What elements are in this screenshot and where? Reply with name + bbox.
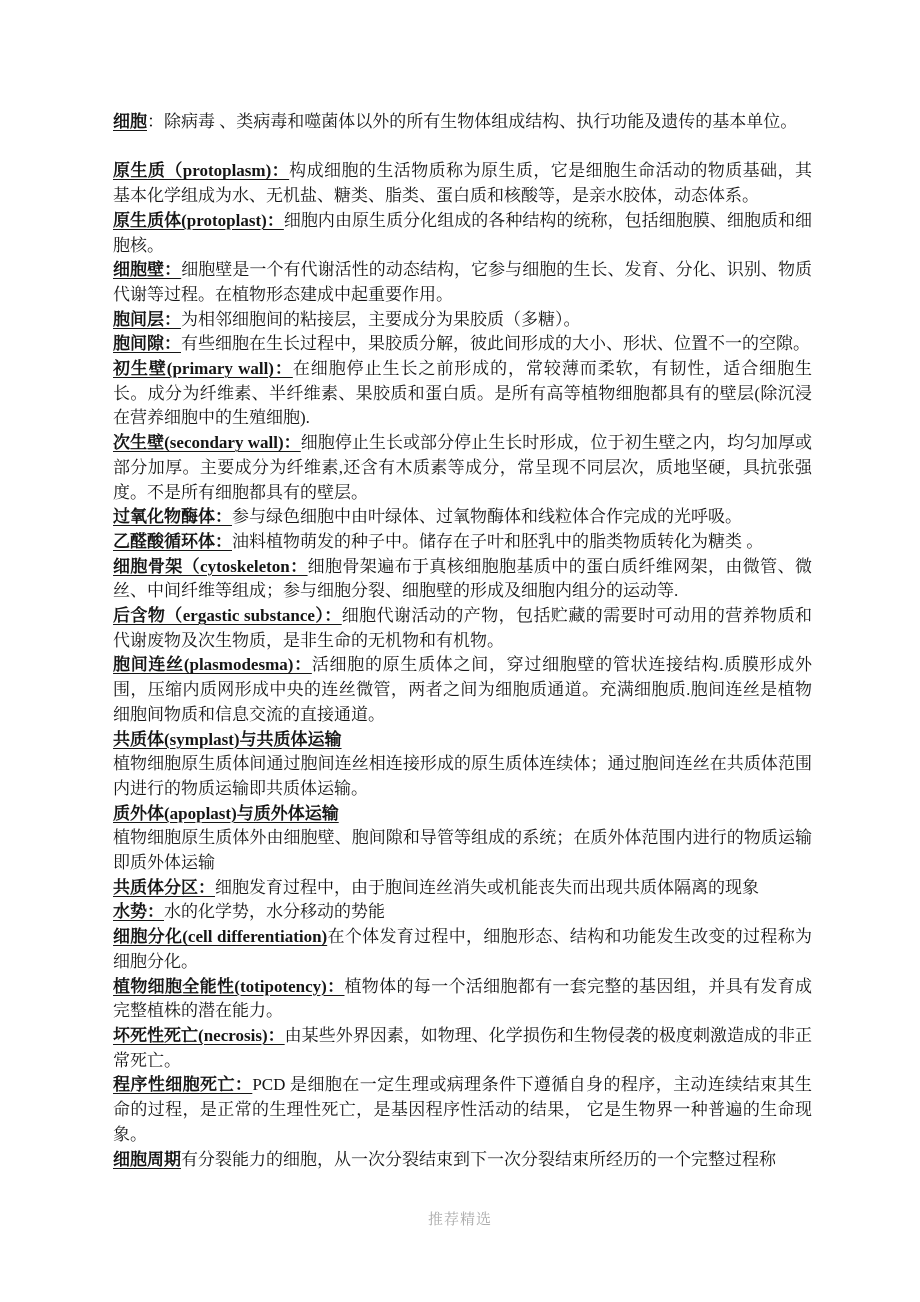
definition-paragraph: 细胞壁：细胞壁是一个有代谢活性的动态结构，它参与细胞的生长、发育、分化、识别、物… <box>113 258 812 307</box>
term-label: 共质体(symplast)与共质体运输 <box>113 730 342 749</box>
definition-paragraph: 植物细胞全能性(totipotency)：植物体的每一个活细胞都有一套完整的基因… <box>113 975 812 1024</box>
definition-text: 细胞发育过程中，由于胞间连丝消失或机能丧失而出现共质体隔离的现象 <box>215 878 759 897</box>
definition-paragraph: 细胞：除病毒 、类病毒和噬菌体以外的所有生物体组成结构、执行功能及遗传的基本单位… <box>113 110 812 135</box>
definition-paragraph: 次生壁(secondary wall)：细胞停止生长或部分停止生长时形成，位于初… <box>113 431 812 505</box>
term-label: 质外体(apoplast)与质外体运输 <box>113 804 339 823</box>
term-label: 坏死性死亡(necrosis)： <box>113 1026 285 1045</box>
definition-paragraph: 胞间层：为相邻细胞间的粘接层，主要成分为果胶质（多糖）。 <box>113 308 812 333</box>
term-label: 细胞分化(cell differentiation) <box>113 927 327 946</box>
definition-text: ：除病毒 、类病毒和噬菌体以外的所有生物体组成结构、执行功能及遗传的基本单位。 <box>147 112 797 131</box>
definition-paragraph: 细胞周期有分裂能力的细胞，从一次分裂结束到下一次分裂结束所经历的一个完整过程称 <box>113 1148 812 1173</box>
term-label: 原生质（protoplasm)： <box>113 161 289 180</box>
term-label: 细胞壁： <box>113 260 181 279</box>
page-footer-watermark: 推荐精选 <box>0 1208 920 1229</box>
definition-paragraph: 坏死性死亡(necrosis)：由某些外界因素，如物理、化学损伤和生物侵袭的极度… <box>113 1024 812 1073</box>
term-label: 过氧化物酶体： <box>113 507 232 526</box>
glossary-content: 细胞：除病毒 、类病毒和噬菌体以外的所有生物体组成结构、执行功能及遗传的基本单位… <box>113 110 812 1172</box>
definition-text: 植物细胞原生质体外由细胞壁、胞间隙和导管等组成的系统；在质外体范围内进行的物质运… <box>113 828 812 872</box>
term-label: 共质体分区： <box>113 878 215 897</box>
term-label: 植物细胞全能性(totipotency)： <box>113 977 344 996</box>
term-label: 程序性细胞死亡： <box>113 1075 252 1094</box>
definition-paragraph: 质外体(apoplast)与质外体运输 <box>113 802 812 827</box>
definition-text: 植物细胞原生质体间通过胞间连丝相连接形成的原生质体连续体；通过胞间连丝在共质体范… <box>113 754 812 798</box>
term-label: 水势： <box>113 902 164 921</box>
definition-text: 为相邻细胞间的粘接层，主要成分为果胶质（多糖）。 <box>181 310 581 329</box>
term-label: 原生质体(protoplast)： <box>113 211 284 230</box>
term-label: 后含物（ergastic substance）： <box>113 606 342 625</box>
definition-paragraph: 植物细胞原生质体间通过胞间连丝相连接形成的原生质体连续体；通过胞间连丝在共质体范… <box>113 752 812 801</box>
term-label: 胞间隙： <box>113 334 181 353</box>
term-label: 次生壁(secondary wall)： <box>113 433 301 452</box>
definition-paragraph: 共质体(symplast)与共质体运输 <box>113 728 812 753</box>
definition-paragraph: 细胞分化(cell differentiation)在个体发育过程中，细胞形态、… <box>113 925 812 974</box>
definition-paragraph: 植物细胞原生质体外由细胞壁、胞间隙和导管等组成的系统；在质外体范围内进行的物质运… <box>113 826 812 875</box>
definition-paragraph: 胞间隙：有些细胞在生长过程中，果胶质分解，彼此间形成的大小、形状、位置不一的空隙… <box>113 332 812 357</box>
term-label: 细胞周期 <box>113 1150 181 1169</box>
definition-paragraph: 原生质（protoplasm)：构成细胞的生活物质称为原生质，它是细胞生命活动的… <box>113 159 812 208</box>
document-page: 细胞：除病毒 、类病毒和噬菌体以外的所有生物体组成结构、执行功能及遗传的基本单位… <box>0 0 920 1302</box>
definition-text: 参与绿色细胞中由叶绿体、过氧物酶体和线粒体合作完成的光呼吸。 <box>232 507 742 526</box>
definition-text: 细胞壁是一个有代谢活性的动态结构，它参与细胞的生长、发育、分化、识别、物质代谢等… <box>113 260 812 304</box>
definition-paragraph: 初生壁(primary wall)：在细胞停止生长之前形成的，常较薄而柔软，有韧… <box>113 357 812 431</box>
term-label: 乙醛酸循环体： <box>113 532 232 551</box>
definition-paragraph: 乙醛酸循环体：油料植物萌发的种子中。储存在子叶和胚乳中的脂类物质转化为糖类 。 <box>113 530 812 555</box>
definition-paragraph: 胞间连丝(plasmodesma)：活细胞的原生质体之间，穿过细胞壁的管状连接结… <box>113 653 812 727</box>
definition-paragraph: 共质体分区：细胞发育过程中，由于胞间连丝消失或机能丧失而出现共质体隔离的现象 <box>113 876 812 901</box>
term-label: 胞间连丝(plasmodesma)： <box>113 655 312 674</box>
definition-text: 水的化学势，水分移动的势能 <box>164 902 385 921</box>
term-label: 细胞骨架（cytoskeleton： <box>113 557 308 576</box>
term-label: 细胞 <box>113 112 147 131</box>
definition-paragraph: 后含物（ergastic substance）：细胞代谢活动的产物，包括贮藏的需… <box>113 604 812 653</box>
definition-paragraph: 水势：水的化学势，水分移动的势能 <box>113 900 812 925</box>
definition-paragraph: 细胞骨架（cytoskeleton：细胞骨架遍布于真核细胞胞基质中的蛋白质纤维网… <box>113 555 812 604</box>
definition-paragraph: 程序性细胞死亡：PCD 是细胞在一定生理或病理条件下遵循自身的程序，主动连续结束… <box>113 1073 812 1147</box>
definition-text: 有些细胞在生长过程中，果胶质分解，彼此间形成的大小、形状、位置不一的空隙。 <box>181 334 810 353</box>
term-label: 胞间层： <box>113 310 181 329</box>
definition-text: 油料植物萌发的种子中。储存在子叶和胚乳中的脂类物质转化为糖类 。 <box>232 532 763 551</box>
definition-text: 有分裂能力的细胞，从一次分裂结束到下一次分裂结束所经历的一个完整过程称 <box>181 1150 776 1169</box>
definition-paragraph: 原生质体(protoplast)：细胞内由原生质分化组成的各种结构的统称，包括细… <box>113 209 812 258</box>
term-label: 初生壁(primary wall)： <box>113 359 293 378</box>
definition-paragraph: 过氧化物酶体：参与绿色细胞中由叶绿体、过氧物酶体和线粒体合作完成的光呼吸。 <box>113 505 812 530</box>
